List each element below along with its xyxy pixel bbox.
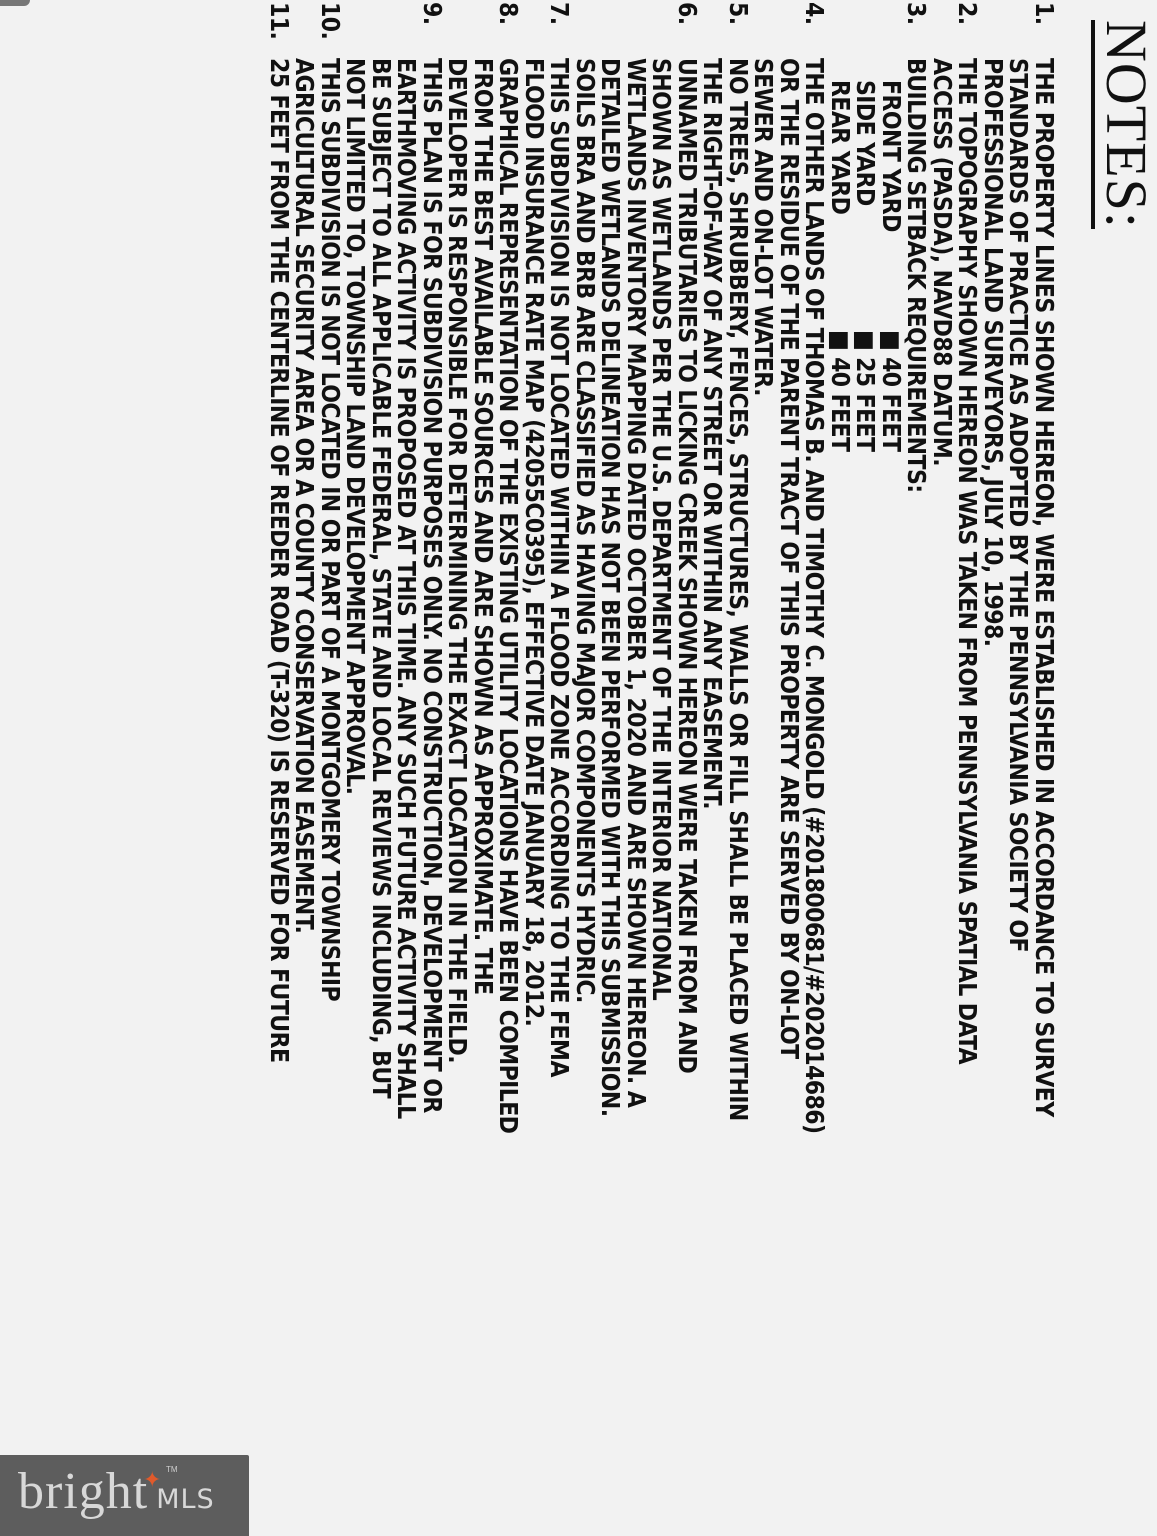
- note-line: UNNAMED TRIBUTARIES TO LICKING CREEK SHO…: [675, 0, 701, 1536]
- note-line: NOT LIMITED TO, TOWNSHIP LAND DEVELOPMEN…: [343, 0, 369, 1536]
- note-line: OR THE RESIDUE OF THE PARENT TRACT OF TH…: [777, 0, 803, 1536]
- note-item: 9.THIS PLAN IS FOR SUBDIVISION PURPOSES …: [343, 0, 445, 1536]
- setback-row: REAR YARD■ 40 FEET: [828, 0, 854, 1536]
- note-line: THIS SUBDIVISION IS NOT LOCATED WITHIN A…: [547, 0, 573, 1536]
- note-line: SHOWN AS WETLANDS PER THE U.S. DEPARTMEN…: [649, 0, 675, 1536]
- note-line: DETAILED WETLANDS DELINEATION HAS NOT BE…: [598, 0, 624, 1536]
- note-line: WETLANDS INVENTORY MAPPING DATED OCTOBER…: [624, 0, 650, 1536]
- note-line: THE TOPOGRAPHY SHOWN HEREON WAS TAKEN FR…: [955, 0, 981, 1536]
- note-number: 4.: [802, 2, 828, 25]
- setback-row: FRONT YARD■ 40 FEET: [879, 0, 905, 1536]
- setback-value: 40 FEET: [877, 350, 906, 451]
- note-line: GRAPHICAL REPRESENTATION OF THE EXISTING…: [496, 0, 522, 1536]
- note-item: 8.GRAPHICAL REPRESENTATION OF THE EXISTI…: [445, 0, 522, 1536]
- note-line: AGRICULTURAL SECURITY AREA OR A COUNTY C…: [292, 0, 318, 1536]
- note-number: 6.: [675, 2, 701, 25]
- note-number: 11.: [267, 2, 293, 39]
- note-item: 5.NO TREES, SHRUBBERY, FENCES, STRUCTURE…: [700, 0, 751, 1536]
- note-number: 2.: [955, 2, 981, 25]
- note-number: 5.: [726, 2, 752, 25]
- note-number: 8.: [496, 2, 522, 25]
- note-item: 1.THE PROPERTY LINES SHOWN HEREON, WERE …: [981, 0, 1058, 1536]
- note-line: ACCESS (PASDA), NAVD88 DATUM.: [930, 0, 956, 1536]
- note-line: 25 FEET FROM THE CENTERLINE OF REEDER RO…: [267, 0, 293, 1536]
- note-line: NO TREES, SHRUBBERY, FENCES, STRUCTURES,…: [726, 0, 752, 1536]
- note-line: BE SUBJECT TO ALL APPLICABLE FEDERAL, ST…: [369, 0, 395, 1536]
- setback-value: 25 FEET: [852, 350, 881, 451]
- note-line: STANDARDS OF PRACTICE AS ADOPTED BY THE …: [1006, 0, 1032, 1536]
- rotated-notes-sheet: NOTES: 1.THE PROPERTY LINES SHOWN HEREON…: [0, 0, 1157, 1536]
- note-line: EARTHMOVING ACTIVITY IS PROPOSED AT THIS…: [394, 0, 420, 1536]
- trademark-mark: TM: [166, 1465, 178, 1474]
- note-line: THE PROPERTY LINES SHOWN HEREON, WERE ES…: [1032, 0, 1058, 1536]
- note-line: FROM THE BEST AVAILABLE SOURCES AND ARE …: [471, 0, 497, 1536]
- notes-title: NOTES:: [1091, 20, 1155, 229]
- notes-list: 1.THE PROPERTY LINES SHOWN HEREON, WERE …: [267, 0, 1058, 1536]
- note-number: 10.: [318, 2, 344, 39]
- note-line: THIS PLAN IS FOR SUBDIVISION PURPOSES ON…: [420, 0, 446, 1536]
- note-line: SEWER AND ON-LOT WATER.: [751, 0, 777, 1536]
- bright-mls-watermark: bright ✦ TM MLS: [0, 1455, 249, 1536]
- note-line: THIS SUBDIVISION IS NOT LOCATED IN OR PA…: [318, 0, 344, 1536]
- setback-value: 40 FEET: [826, 350, 855, 451]
- note-item: 7.THIS SUBDIVISION IS NOT LOCATED WITHIN…: [522, 0, 573, 1536]
- note-item: 6.UNNAMED TRIBUTARIES TO LICKING CREEK S…: [573, 0, 701, 1536]
- note-line: PROFESSIONAL LAND SURVEYORS, JULY 10, 19…: [981, 0, 1007, 1536]
- setback-label: FRONT YARD: [879, 80, 905, 330]
- note-item: 2.THE TOPOGRAPHY SHOWN HEREON WAS TAKEN …: [930, 0, 981, 1536]
- note-item: 10.THIS SUBDIVISION IS NOT LOCATED IN OR…: [292, 0, 343, 1536]
- brand-suffix: MLS: [156, 1484, 214, 1515]
- note-item: 3.BUILDING SETBACK REQUIREMENTS:FRONT YA…: [828, 0, 930, 1536]
- document-page: NOTES: 1.THE PROPERTY LINES SHOWN HEREON…: [0, 0, 1157, 1536]
- note-line: THE RIGHT-OF-WAY OF ANY STREET OR WITHIN…: [700, 0, 726, 1536]
- note-number: 1.: [1032, 2, 1058, 25]
- brand-wordmark: bright: [18, 1466, 148, 1518]
- note-line: THE OTHER LANDS OF THOMAS B. AND TIMOTHY…: [802, 0, 828, 1536]
- setback-label: REAR YARD: [828, 80, 854, 330]
- note-item: 11.25 FEET FROM THE CENTERLINE OF REEDER…: [267, 0, 293, 1536]
- setback-label: SIDE YARD: [853, 80, 879, 330]
- bullet-icon: ■: [853, 330, 879, 350]
- note-number: 3.: [904, 2, 930, 25]
- bullet-icon: ■: [828, 330, 854, 350]
- note-line: SOILS BRA AND BRB ARE CLASSIFIED AS HAVI…: [573, 0, 599, 1536]
- note-number: 7.: [547, 2, 573, 25]
- note-line: BUILDING SETBACK REQUIREMENTS:: [904, 0, 930, 1536]
- note-line: DEVELOPER IS RESPONSIBLE FOR DETERMINING…: [445, 0, 471, 1536]
- note-item: 4.THE OTHER LANDS OF THOMAS B. AND TIMOT…: [751, 0, 828, 1536]
- note-line: FLOOD INSURANCE RATE MAP (42055C0395), E…: [522, 0, 548, 1536]
- bullet-icon: ■: [879, 330, 905, 350]
- setback-row: SIDE YARD■ 25 FEET: [853, 0, 879, 1536]
- note-number: 9.: [420, 2, 446, 25]
